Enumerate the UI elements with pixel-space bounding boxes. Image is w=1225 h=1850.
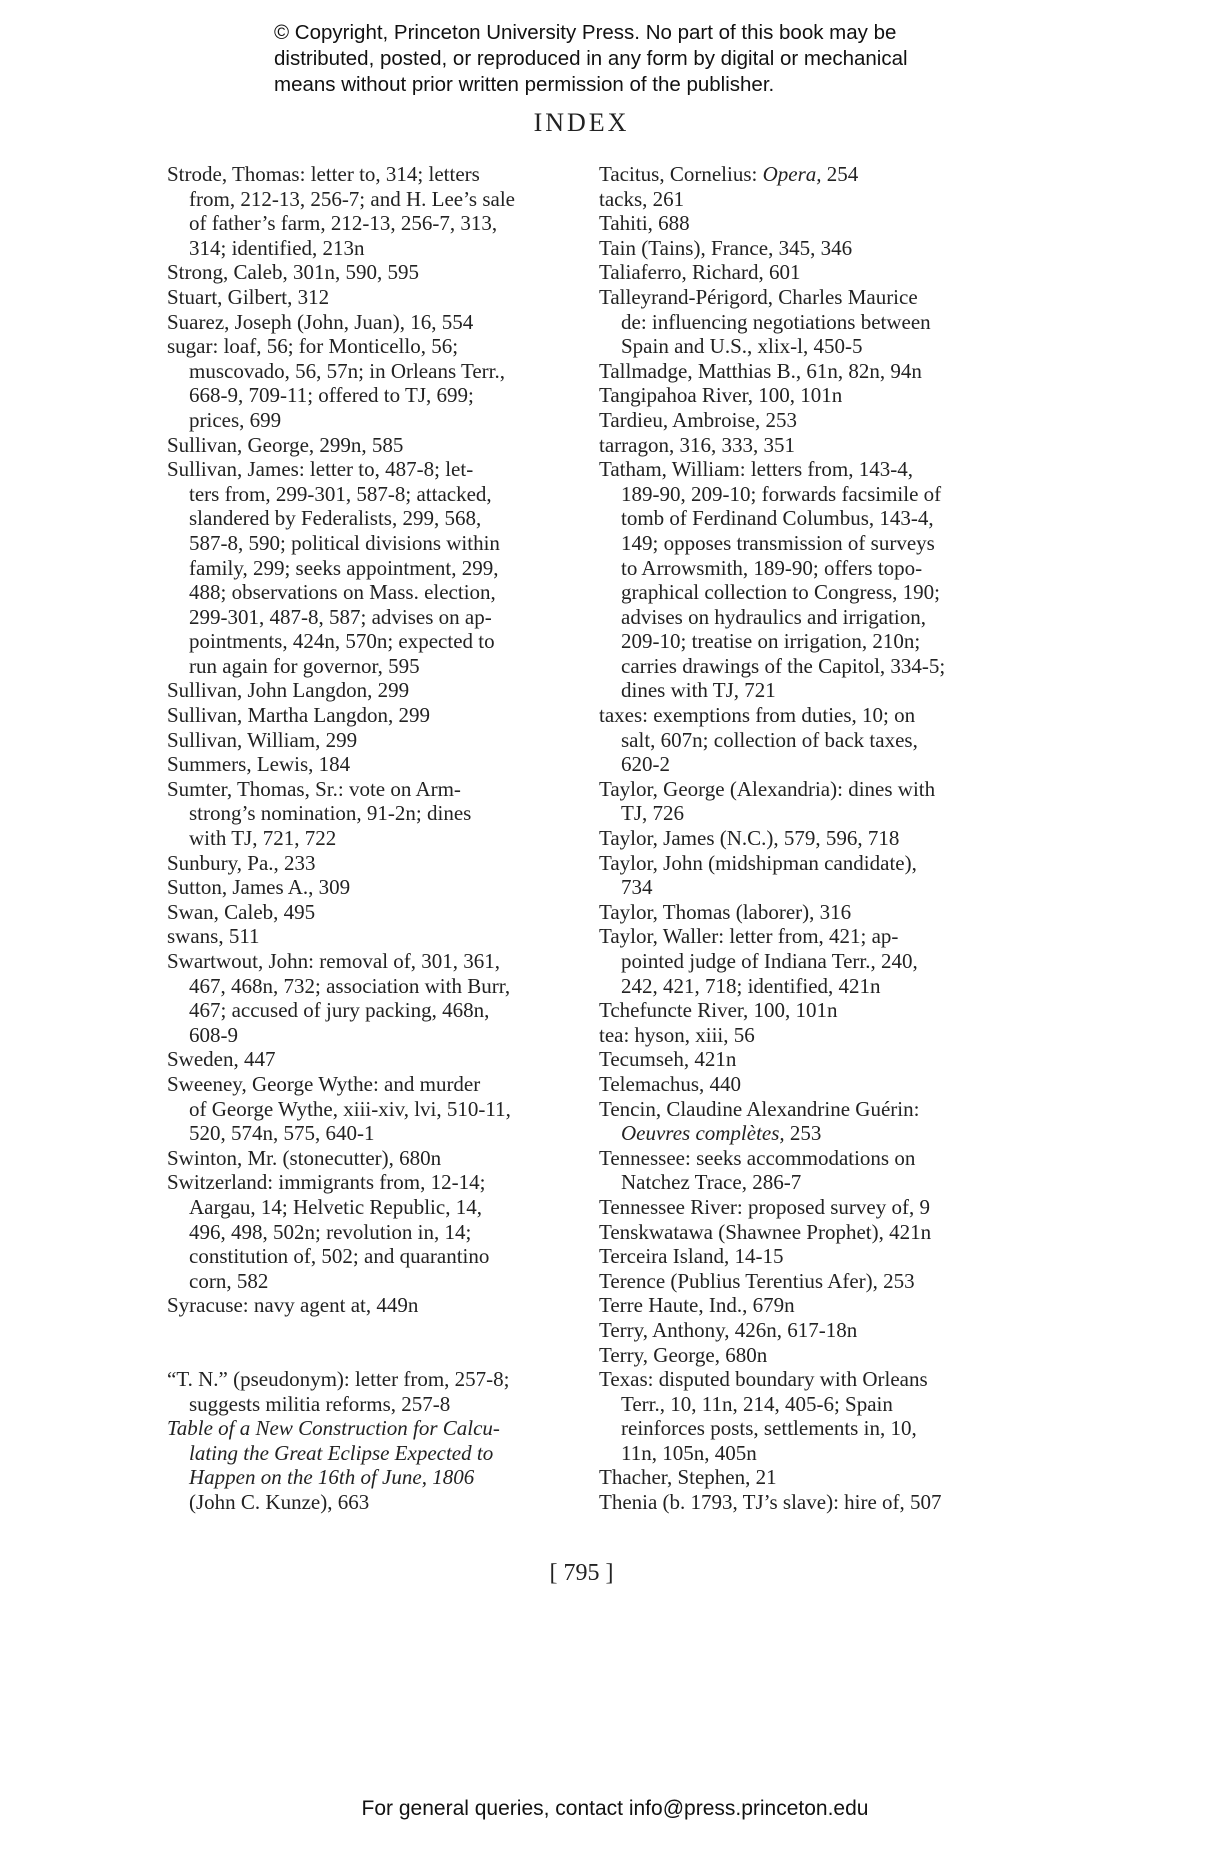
index-entry-continuation: of George Wythe, xiii-xiv, lvi, 510-11, (167, 1097, 587, 1122)
index-entry: Tallmadge, Matthias B., 61n, 82n, 94n (599, 359, 1019, 384)
index-entry: Terry, Anthony, 426n, 617-18n (599, 1318, 1019, 1343)
index-entry-text: salt, 607n; collection of back taxes, (621, 728, 918, 752)
index-entry: Taylor, George (Alexandria): dines with (599, 777, 1019, 802)
index-entry-text: Terence (Publius Terentius Afer), 253 (599, 1269, 915, 1293)
index-entry-continuation: pointed judge of Indiana Terr., 240, (599, 949, 1019, 974)
index-entry: Sullivan, William, 299 (167, 728, 587, 753)
index-entry: Swartwout, John: removal of, 301, 361, (167, 949, 587, 974)
page-number: [ 795 ] (0, 1560, 1163, 1587)
index-entry-text: Tallmadge, Matthias B., 61n, 82n, 94n (599, 359, 922, 383)
index-entry-continuation: 734 (599, 875, 1019, 900)
index-entry-continuation: lating the Great Eclipse Expected to (167, 1441, 587, 1466)
index-entry-text: tomb of Ferdinand Columbus, 143-4, (621, 506, 934, 530)
index-entry-text: 668-9, 709-11; offered to TJ, 699; (189, 383, 474, 407)
index-entry: Terre Haute, Ind., 679n (599, 1293, 1019, 1318)
index-entry: Tennessee: seeks accommodations on (599, 1146, 1019, 1171)
index-entry-text: graphical collection to Congress, 190; (621, 580, 940, 604)
index-entry-text: Terry, Anthony, 426n, 617-18n (599, 1318, 857, 1342)
index-entry-text: Strong, Caleb, 301n, 590, 595 (167, 260, 419, 284)
index-entry-text: Taylor, Thomas (laborer), 316 (599, 900, 851, 924)
index-entry-continuation: 620-2 (599, 752, 1019, 777)
index-entry-text: taxes: exemptions from duties, 10; on (599, 703, 915, 727)
index-entry-continuation: 496, 498, 502n; revolution in, 14; (167, 1220, 587, 1245)
index-entry-text: Thacher, Stephen, 21 (599, 1465, 777, 1489)
index-entry-text: pointments, 424n, 570n; expected to (189, 629, 495, 653)
index-entry: Telemachus, 440 (599, 1072, 1019, 1097)
index-entry-text: Tatham, William: letters from, 143-4, (599, 457, 913, 481)
index-entry-continuation: constitution of, 502; and quarantino (167, 1244, 587, 1269)
index-entry-text: Summers, Lewis, 184 (167, 752, 350, 776)
index-gap (167, 1318, 587, 1367)
index-entry: Suarez, Joseph (John, Juan), 16, 554 (167, 310, 587, 335)
index-entry: Tchefuncte River, 100, 101n (599, 998, 1019, 1023)
index-entry-text: Terceira Island, 14-15 (599, 1244, 784, 1268)
index-entry-text: carries drawings of the Capitol, 334-5; (621, 654, 945, 678)
index-entry-continuation: muscovado, 56, 57n; in Orleans Terr., (167, 359, 587, 384)
index-entry-text: Syracuse: navy agent at, 449n (167, 1293, 418, 1317)
index-entry-text: 620-2 (621, 752, 670, 776)
index-entry-text: Tencin, Claudine Alexandrine Guérin: (599, 1097, 919, 1121)
index-entry-continuation: pointments, 424n, 570n; expected to (167, 629, 587, 654)
index-entry-text: Strode, Thomas: letter to, 314; letters (167, 162, 480, 186)
index-entry-text: lating the Great Eclipse Expected to (189, 1441, 493, 1465)
index-entry-text: Swartwout, John: removal of, 301, 361, (167, 949, 500, 973)
index-entry: Sweden, 447 (167, 1047, 587, 1072)
index-entry-continuation: TJ, 726 (599, 801, 1019, 826)
index-entry-text: Taylor, John (midshipman candidate), (599, 851, 917, 875)
index-entry-text: (John C. Kunze), 663 (189, 1490, 369, 1514)
index-entry-text: 467; accused of jury packing, 468n, (189, 998, 489, 1022)
copyright-line: means without prior written permission o… (274, 72, 974, 98)
index-entry-text: muscovado, 56, 57n; in Orleans Terr., (189, 359, 505, 383)
index-entry-text: strong’s nomination, 91-2n; dines (189, 801, 471, 825)
index-entry-continuation: with TJ, 721, 722 (167, 826, 587, 851)
index-entry-text: Tecumseh, 421n (599, 1047, 736, 1071)
index-entry-text: Taylor, George (Alexandria): dines with (599, 777, 935, 801)
index-entry-continuation: carries drawings of the Capitol, 334-5; (599, 654, 1019, 679)
index-entry: Tardieu, Ambroise, 253 (599, 408, 1019, 433)
index-entry: Terceira Island, 14-15 (599, 1244, 1019, 1269)
index-entry: swans, 511 (167, 924, 587, 949)
index-entry-text: Thenia (b. 1793, TJ’s slave): hire of, 5… (599, 1490, 942, 1514)
index-entry: Syracuse: navy agent at, 449n (167, 1293, 587, 1318)
index-entry: Swinton, Mr. (stonecutter), 680n (167, 1146, 587, 1171)
index-entry-text: Swan, Caleb, 495 (167, 900, 315, 924)
index-entry-text: suggests militia reforms, 257-8 (189, 1392, 450, 1416)
index-entry-text: slandered by Federalists, 299, 568, (189, 506, 481, 530)
index-entry-continuation: of father’s farm, 212-13, 256-7, 313, (167, 211, 587, 236)
index-entry: Table of a New Construction for Calcu- (167, 1416, 587, 1441)
index-entry-text: Sullivan, William, 299 (167, 728, 357, 752)
index-entry-text: Sumter, Thomas, Sr.: vote on Arm- (167, 777, 461, 801)
index-entry: Thenia (b. 1793, TJ’s slave): hire of, 5… (599, 1490, 1019, 1515)
index-entry-continuation: Natchez Trace, 286-7 (599, 1170, 1019, 1195)
index-entry-text: 314; identified, 213n (189, 236, 365, 260)
index-entry-text: dines with TJ, 721 (621, 678, 776, 702)
index-entry-continuation: tomb of Ferdinand Columbus, 143-4, (599, 506, 1019, 531)
index-entry-text: Aargau, 14; Helvetic Republic, 14, (189, 1195, 482, 1219)
index-entry-text: of George Wythe, xiii-xiv, lvi, 510-11, (189, 1097, 511, 1121)
index-entry-continuation: ters from, 299-301, 587-8; attacked, (167, 482, 587, 507)
index-entry-text: 488; observations on Mass. election, (189, 580, 496, 604)
index-entry-text: sugar: loaf, 56; for Monticello, 56; (167, 334, 458, 358)
index-entry-continuation: family, 299; seeks appointment, 299, (167, 556, 587, 581)
index-entry-continuation: from, 212-13, 256-7; and H. Lee’s sale (167, 187, 587, 212)
index-entry-text: Spain and U.S., xlix-l, 450-5 (621, 334, 863, 358)
index-entry: Sullivan, John Langdon, 299 (167, 678, 587, 703)
index-entry: Sullivan, Martha Langdon, 299 (167, 703, 587, 728)
index-entry: tea: hyson, xiii, 56 (599, 1023, 1019, 1048)
index-entry-text: Sullivan, Martha Langdon, 299 (167, 703, 430, 727)
index-entry-text: Switzerland: immigrants from, 12-14; (167, 1170, 485, 1194)
index-entry-continuation: graphical collection to Congress, 190; (599, 580, 1019, 605)
index-entry-text: Telemachus, 440 (599, 1072, 741, 1096)
index-entry-text: Taylor, Waller: letter from, 421; ap- (599, 924, 898, 948)
index-entry-text: 587-8, 590; political divisions within (189, 531, 500, 555)
index-entry-text: 520, 574n, 575, 640-1 (189, 1121, 375, 1145)
index-entry-text: Sullivan, George, 299n, 585 (167, 433, 403, 457)
index-entry-text: tarragon, 316, 333, 351 (599, 433, 795, 457)
index-entry-continuation: 488; observations on Mass. election, (167, 580, 587, 605)
index-entry: Taylor, John (midshipman candidate), (599, 851, 1019, 876)
index-entry: Tangipahoa River, 100, 101n (599, 383, 1019, 408)
index-entry: tarragon, 316, 333, 351 (599, 433, 1019, 458)
index-entry-continuation: run again for governor, 595 (167, 654, 587, 679)
index-entry: tacks, 261 (599, 187, 1019, 212)
index-entry-text: Tennessee: seeks accommodations on (599, 1146, 915, 1170)
index-entry-continuation: suggests militia reforms, 257-8 (167, 1392, 587, 1417)
index-entry-text: Tain (Tains), France, 345, 346 (599, 236, 852, 260)
index-entry-continuation: reinforces posts, settlements in, 10, (599, 1416, 1019, 1441)
index-entry-text: Tangipahoa River, 100, 101n (599, 383, 842, 407)
index-entry: Strode, Thomas: letter to, 314; letters (167, 162, 587, 187)
index-entry: Taylor, James (N.C.), 579, 596, 718 (599, 826, 1019, 851)
index-entry-continuation: 189-90, 209-10; forwards facsimile of (599, 482, 1019, 507)
index-entry: Sullivan, George, 299n, 585 (167, 433, 587, 458)
index-entry: Taylor, Thomas (laborer), 316 (599, 900, 1019, 925)
index-entry-text: Sweden, 447 (167, 1047, 276, 1071)
index-column-left: Strode, Thomas: letter to, 314; lettersf… (167, 162, 587, 1514)
index-entry-text: Tenskwatawa (Shawnee Prophet), 421n (599, 1220, 931, 1244)
index-entry-continuation: Aargau, 14; Helvetic Republic, 14, (167, 1195, 587, 1220)
index-entry-text: ters from, 299-301, 587-8; attacked, (189, 482, 492, 506)
index-entry-text: to Arrowsmith, 189-90; offers topo- (621, 556, 922, 580)
index-entry-continuation: 467; accused of jury packing, 468n, (167, 998, 587, 1023)
page-title: INDEX (0, 108, 1163, 138)
index-entry-continuation: dines with TJ, 721 (599, 678, 1019, 703)
index-entry-text: Table of a New Construction for Calcu- (167, 1416, 500, 1440)
index-entry-text: pointed judge of Indiana Terr., 240, (621, 949, 918, 973)
index-entry-text: Taliaferro, Richard, 601 (599, 260, 800, 284)
index-entry-title-italic: Oeuvres complètes, (621, 1121, 785, 1145)
index-entry-text: 467, 468n, 732; association with Burr, (189, 974, 510, 998)
index-entry-text: Sutton, James A., 309 (167, 875, 350, 899)
index-entry-text: 608-9 (189, 1023, 238, 1047)
index-entry-text: “T. N.” (pseudonym): letter from, 257-8; (167, 1367, 510, 1391)
index-entry-text: Talleyrand-Périgord, Charles Maurice (599, 285, 918, 309)
index-entry: Sweeney, George Wythe: and murder (167, 1072, 587, 1097)
index-entry-continuation: to Arrowsmith, 189-90; offers topo- (599, 556, 1019, 581)
index-entry-text: family, 299; seeks appointment, 299, (189, 556, 499, 580)
index-entry-continuation: strong’s nomination, 91-2n; dines (167, 801, 587, 826)
index-entry-text: Sullivan, John Langdon, 299 (167, 678, 409, 702)
index-entry-text: Tahiti, 688 (599, 211, 690, 235)
index-entry: Strong, Caleb, 301n, 590, 595 (167, 260, 587, 285)
index-entry-text: Tacitus, Cornelius: (599, 162, 763, 186)
index-entry-continuation: Oeuvres complètes, 253 (599, 1121, 1019, 1146)
index-entry-text: Tennessee River: proposed survey of, 9 (599, 1195, 930, 1219)
index-entry-continuation: 242, 421, 718; identified, 421n (599, 974, 1019, 999)
index-entry-text: 299-301, 487-8, 587; advises on ap- (189, 605, 492, 629)
index-entry-text: 496, 498, 502n; revolution in, 14; (189, 1220, 471, 1244)
index-entry: Switzerland: immigrants from, 12-14; (167, 1170, 587, 1195)
index-column-right: Tacitus, Cornelius: Opera, 254tacks, 261… (599, 162, 1019, 1515)
index-entry-continuation: de: influencing negotiations between (599, 310, 1019, 335)
index-entry-text: run again for governor, 595 (189, 654, 420, 678)
index-entry-text: of father’s farm, 212-13, 256-7, 313, (189, 211, 497, 235)
index-entry: Sullivan, James: letter to, 487-8; let- (167, 457, 587, 482)
index-entry-text: from, 212-13, 256-7; and H. Lee’s sale (189, 187, 515, 211)
index-entry-continuation: 608-9 (167, 1023, 587, 1048)
index-entry-continuation: advises on hydraulics and irrigation, (599, 605, 1019, 630)
index-entry: Summers, Lewis, 184 (167, 752, 587, 777)
index-entry-text: constitution of, 502; and quarantino (189, 1244, 489, 1268)
index-entry-text: Texas: disputed boundary with Orleans (599, 1367, 928, 1391)
index-entry-text: with TJ, 721, 722 (189, 826, 336, 850)
index-entry-continuation: 11n, 105n, 405n (599, 1441, 1019, 1466)
contact-footer: For general queries, contact info@press.… (0, 1797, 1225, 1821)
index-entry: Talleyrand-Périgord, Charles Maurice (599, 285, 1019, 310)
index-entry-continuation: slandered by Federalists, 299, 568, (167, 506, 587, 531)
index-entry-continuation: 299-301, 487-8, 587; advises on ap- (167, 605, 587, 630)
index-entry-text: Terre Haute, Ind., 679n (599, 1293, 795, 1317)
index-entry-text: Natchez Trace, 286-7 (621, 1170, 801, 1194)
index-entry-text: 734 (621, 875, 653, 899)
index-entry: Taylor, Waller: letter from, 421; ap- (599, 924, 1019, 949)
index-entry-continuation: 314; identified, 213n (167, 236, 587, 261)
index-entry-text: corn, 582 (189, 1269, 268, 1293)
index-entry-continuation: 209-10; treatise on irrigation, 210n; (599, 629, 1019, 654)
index-entry-text: swans, 511 (167, 924, 260, 948)
index-entry-title-italic: Opera, (763, 162, 822, 186)
index-entry: Stuart, Gilbert, 312 (167, 285, 587, 310)
index-entry-pages: 253 (785, 1121, 822, 1145)
index-entry-text: Terr., 10, 11n, 214, 405-6; Spain (621, 1392, 893, 1416)
index-entry-text: 242, 421, 718; identified, 421n (621, 974, 881, 998)
index-entry-text: prices, 699 (189, 408, 281, 432)
index-entry-text: reinforces posts, settlements in, 10, (621, 1416, 917, 1440)
index-entry-text: Sullivan, James: letter to, 487-8; let- (167, 457, 473, 481)
index-entry-continuation: Terr., 10, 11n, 214, 405-6; Spain (599, 1392, 1019, 1417)
index-entry-continuation: 149; opposes transmission of surveys (599, 531, 1019, 556)
index-entry: Sutton, James A., 309 (167, 875, 587, 900)
index-entry: Tacitus, Cornelius: Opera, 254 (599, 162, 1019, 187)
index-entry-continuation: 467, 468n, 732; association with Burr, (167, 974, 587, 999)
index-entry-text: Swinton, Mr. (stonecutter), 680n (167, 1146, 441, 1170)
index-entry-text: de: influencing negotiations between (621, 310, 931, 334)
index-entry: Terence (Publius Terentius Afer), 253 (599, 1269, 1019, 1294)
index-entry-text: Terry, George, 680n (599, 1343, 767, 1367)
index-entry-continuation: 587-8, 590; political divisions within (167, 531, 587, 556)
index-entry-continuation: Spain and U.S., xlix-l, 450-5 (599, 334, 1019, 359)
index-entry-text: 11n, 105n, 405n (621, 1441, 757, 1465)
index-entry: Tencin, Claudine Alexandrine Guérin: (599, 1097, 1019, 1122)
index-entry-text: 209-10; treatise on irrigation, 210n; (621, 629, 920, 653)
index-entry-text: 189-90, 209-10; forwards facsimile of (621, 482, 941, 506)
index-entry: Terry, George, 680n (599, 1343, 1019, 1368)
index-entry-text: Tchefuncte River, 100, 101n (599, 998, 838, 1022)
index-entry: Thacher, Stephen, 21 (599, 1465, 1019, 1490)
index-entry-text: 149; opposes transmission of surveys (621, 531, 935, 555)
index-entry: Tecumseh, 421n (599, 1047, 1019, 1072)
index-entry: Tennessee River: proposed survey of, 9 (599, 1195, 1019, 1220)
index-entry: Tatham, William: letters from, 143-4, (599, 457, 1019, 482)
index-entry-continuation: 668-9, 709-11; offered to TJ, 699; (167, 383, 587, 408)
index-entry: Tain (Tains), France, 345, 346 (599, 236, 1019, 261)
index-entry-text: Taylor, James (N.C.), 579, 596, 718 (599, 826, 899, 850)
index-entry-text: Sweeney, George Wythe: and murder (167, 1072, 480, 1096)
index-entry: Swan, Caleb, 495 (167, 900, 587, 925)
index-entry-continuation: (John C. Kunze), 663 (167, 1490, 587, 1515)
index-entry-continuation: Happen on the 16th of June, 1806 (167, 1465, 587, 1490)
index-entry-continuation: 520, 574n, 575, 640-1 (167, 1121, 587, 1146)
index-entry-text: TJ, 726 (621, 801, 684, 825)
index-entry-text: Sunbury, Pa., 233 (167, 851, 316, 875)
copyright-notice: © Copyright, Princeton University Press.… (274, 20, 974, 98)
index-entry: Tahiti, 688 (599, 211, 1019, 236)
index-entry-text: advises on hydraulics and irrigation, (621, 605, 926, 629)
index-entry-continuation: corn, 582 (167, 1269, 587, 1294)
index-entry: sugar: loaf, 56; for Monticello, 56; (167, 334, 587, 359)
copyright-line: distributed, posted, or reproduced in an… (274, 46, 974, 72)
index-entry-text: Suarez, Joseph (John, Juan), 16, 554 (167, 310, 473, 334)
index-entry: Tenskwatawa (Shawnee Prophet), 421n (599, 1220, 1019, 1245)
index-entry-pages: 254 (822, 162, 859, 186)
copyright-line: © Copyright, Princeton University Press.… (274, 20, 974, 46)
index-entry-continuation: salt, 607n; collection of back taxes, (599, 728, 1019, 753)
index-entry: Sunbury, Pa., 233 (167, 851, 587, 876)
index-entry-text: Stuart, Gilbert, 312 (167, 285, 329, 309)
index-entry-text: Tardieu, Ambroise, 253 (599, 408, 797, 432)
index-entry-text: Happen on the 16th of June, 1806 (189, 1465, 474, 1489)
index-entry: Texas: disputed boundary with Orleans (599, 1367, 1019, 1392)
index-entry: Sumter, Thomas, Sr.: vote on Arm- (167, 777, 587, 802)
index-entry: taxes: exemptions from duties, 10; on (599, 703, 1019, 728)
index-entry: Taliaferro, Richard, 601 (599, 260, 1019, 285)
index-entry-text: tacks, 261 (599, 187, 684, 211)
index-entry-continuation: prices, 699 (167, 408, 587, 433)
index-entry-text: tea: hyson, xiii, 56 (599, 1023, 755, 1047)
index-entry: “T. N.” (pseudonym): letter from, 257-8; (167, 1367, 587, 1392)
